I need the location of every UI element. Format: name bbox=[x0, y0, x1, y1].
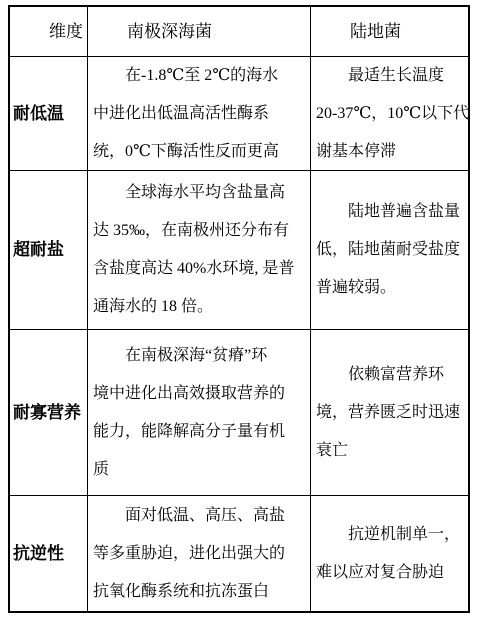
row-label-text: 超耐盐 bbox=[10, 239, 87, 261]
header-cell-antarctic-deep-sea-bacteria: 南极深海菌 bbox=[88, 7, 311, 57]
row-label-oligotrophic-tolerance: 耐寡营养 bbox=[10, 330, 88, 496]
row-label-text: 抗逆性 bbox=[10, 543, 87, 565]
cell-land-salt-tolerance: 陆地普遍含盐量 低，陆地菌耐受盐度 普遍较弱。 bbox=[311, 171, 468, 330]
comparison-table: 维度 南极深海菌 陆地菌 耐低温 在-1.8℃至 2℃的海水 中进化出低温高活性… bbox=[8, 5, 470, 613]
cell-land-stress-resistance: 抗逆机制单一， 难以应对复合胁迫 bbox=[311, 496, 468, 611]
cell-text: 面对低温、高压、高盐 等多重胁迫，进化出强大的 抗氧化酶系统和抗冻蛋白 bbox=[88, 497, 310, 611]
cell-antarctic-oligotrophic-tolerance: 在南极深海“贫瘠”环 境中进化出高效摄取营养的 能力，能降解高分子量有机 质 bbox=[88, 330, 311, 496]
cell-text: 在-1.8℃至 2℃的海水 中进化出低温高活性酶系 统，0℃下酶活性反而更高 bbox=[88, 57, 310, 171]
cell-land-cold-tolerance: 最适生长温度 20-37℃，10℃以下代 谢基本停滞 bbox=[311, 57, 468, 171]
row-label-cold-tolerance: 耐低温 bbox=[10, 57, 88, 171]
cell-text: 最适生长温度 20-37℃，10℃以下代 谢基本停滞 bbox=[311, 57, 468, 171]
cell-text: 在南极深海“贫瘠”环 境中进化出高效摄取营养的 能力，能降解高分子量有机 质 bbox=[88, 337, 310, 489]
header-label-land-bacteria: 陆地菌 bbox=[311, 21, 468, 43]
cell-antarctic-cold-tolerance: 在-1.8℃至 2℃的海水 中进化出低温高活性酶系 统，0℃下酶活性反而更高 bbox=[88, 57, 311, 171]
cell-antarctic-salt-tolerance: 全球海水平均含盐量高 达 35‰，在南极州还分布有 含盐度高达 40%水环境, … bbox=[88, 171, 311, 330]
header-label-antarctic-deep-sea-bacteria: 南极深海菌 bbox=[88, 21, 310, 43]
row-label-text: 耐低温 bbox=[10, 103, 87, 125]
cell-text: 抗逆机制单一， 难以应对复合胁迫 bbox=[311, 516, 468, 592]
document-page: 维度 南极深海菌 陆地菌 耐低温 在-1.8℃至 2℃的海水 中进化出低温高活性… bbox=[0, 0, 477, 621]
header-cell-land-bacteria: 陆地菌 bbox=[311, 7, 468, 57]
header-cell-dimension: 维度 bbox=[10, 7, 88, 57]
row-label-text: 耐寡营养 bbox=[10, 402, 87, 424]
row-label-salt-tolerance: 超耐盐 bbox=[10, 171, 88, 330]
cell-land-oligotrophic-tolerance: 依赖富营养环 境，营养匮乏时迅速 衰亡 bbox=[311, 330, 468, 496]
cell-text: 全球海水平均含盐量高 达 35‰，在南极州还分布有 含盐度高达 40%水环境, … bbox=[88, 174, 310, 326]
cell-text: 依赖富营养环 境，营养匮乏时迅速 衰亡 bbox=[311, 356, 468, 470]
cell-antarctic-stress-resistance: 面对低温、高压、高盐 等多重胁迫，进化出强大的 抗氧化酶系统和抗冻蛋白 bbox=[88, 496, 311, 611]
row-label-stress-resistance: 抗逆性 bbox=[10, 496, 88, 611]
cell-text: 陆地普遍含盐量 低，陆地菌耐受盐度 普遍较弱。 bbox=[311, 193, 468, 307]
header-label-dimension: 维度 bbox=[10, 21, 87, 43]
